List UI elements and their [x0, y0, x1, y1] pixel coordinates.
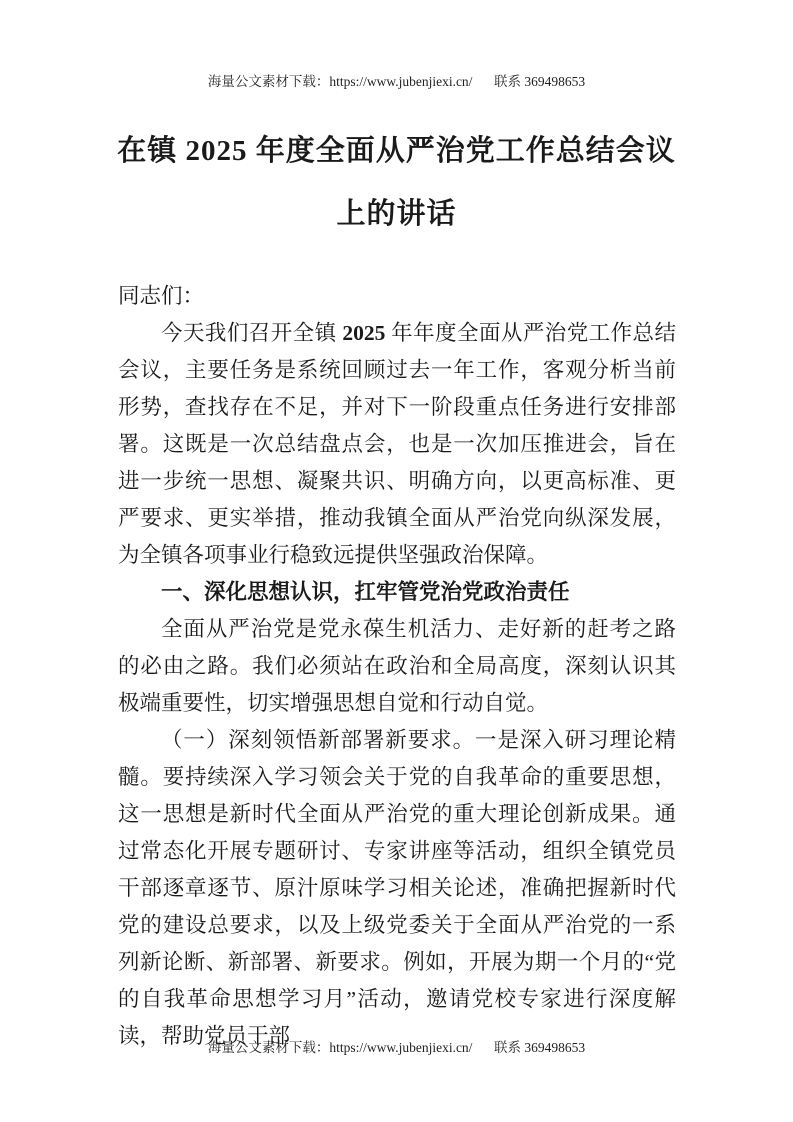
footer-contact: 联系 369498653 — [494, 1040, 585, 1055]
document-title: 在镇 2025 年度全面从严治党工作总结会议 上的讲话 — [0, 0, 793, 246]
footer-download-label: 海量公文素材下载： — [208, 1040, 330, 1055]
page-header: 海量公文素材下载：https://www.jubenjiexi.cn/联系 36… — [0, 70, 793, 90]
section-heading-1: 一、深化思想认识，扛牢管党治党政治责任 — [118, 574, 676, 611]
salutation: 同志们： — [118, 278, 676, 315]
point-1-text: 要持续深入学习领会关于党的自我革命的重要思想，这一思想是新时代全面从严治党的重大… — [118, 765, 676, 1048]
intro-text-after-year: 年年度全面从严治党工作总结会议，主要任务是系统回顾过去一年工作，客观分析当前形势… — [118, 321, 676, 567]
title-line-2: 上的讲话 — [0, 183, 793, 246]
title-line-1: 在镇 2025 年度全面从严治党工作总结会议 — [0, 120, 793, 183]
document-page: 海量公文素材下载：https://www.jubenjiexi.cn/联系 36… — [0, 0, 793, 1122]
footer-url: https://www.jubenjiexi.cn/ — [329, 1040, 472, 1055]
header-download-label: 海量公文素材下载： — [208, 74, 330, 89]
page-footer: 海量公文素材下载：https://www.jubenjiexi.cn/联系 36… — [0, 1036, 793, 1056]
document-body: 同志们： 今天我们召开全镇 2025 年年度全面从严治党工作总结会议，主要任务是… — [0, 278, 793, 1055]
point-1-lead: （一）深刻领悟新部署新要求。 — [161, 728, 475, 752]
paragraph-point-1: （一）深刻领悟新部署新要求。一是深入研习理论精髓。要持续深入学习领会关于党的自我… — [118, 722, 676, 1055]
header-url: https://www.jubenjiexi.cn/ — [329, 74, 472, 89]
intro-text-before-year: 今天我们召开全镇 — [161, 321, 342, 345]
header-contact: 联系 369498653 — [494, 74, 585, 89]
paragraph-section-overview: 全面从严治党是党永葆生机活力、走好新的赶考之路的必由之路。我们必须站在政治和全局… — [118, 611, 676, 722]
paragraph-intro: 今天我们召开全镇 2025 年年度全面从严治党工作总结会议，主要任务是系统回顾过… — [118, 315, 676, 574]
intro-year: 2025 — [342, 321, 385, 345]
